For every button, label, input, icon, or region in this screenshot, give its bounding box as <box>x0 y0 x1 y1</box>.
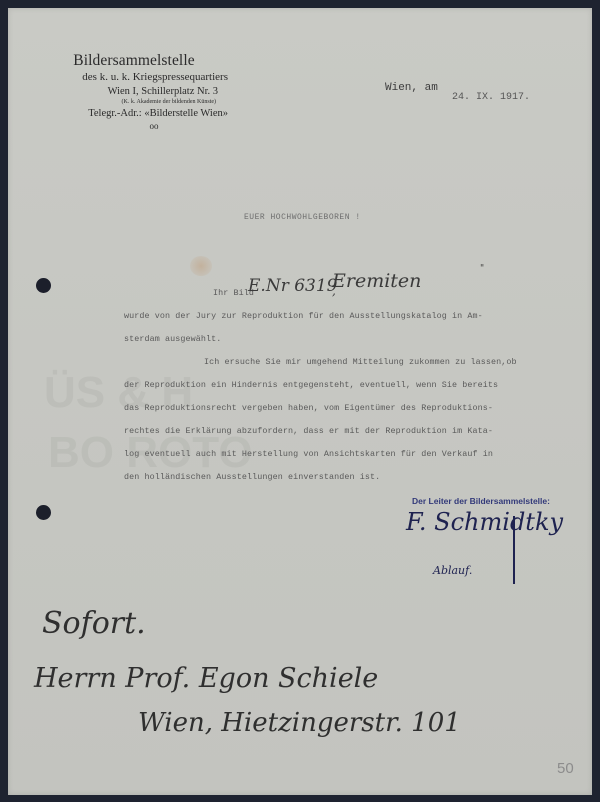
paper-stain <box>190 256 212 276</box>
closing-quote: " <box>480 264 484 274</box>
body-line: wurde von der Jury zur Reproduktion für … <box>124 311 564 321</box>
dateline-place: Wien, am <box>385 82 438 94</box>
handwritten-reference-number: E.Nr 6319 <box>248 276 337 296</box>
body-line: Ich ersuche Sie mir umgehend Mitteilung … <box>204 357 600 367</box>
letterhead-title: Bildersammelstelle <box>40 52 228 70</box>
letterhead-location-note: (K. k. Akademie der bildenden Künste) <box>40 98 228 106</box>
punch-hole-icon <box>36 505 51 520</box>
body-line: der Reproduktion ein Hindernis entgegens… <box>124 380 564 390</box>
letterhead-ornament: oo <box>40 122 228 130</box>
dateline-date: 24. IX. 1917. <box>452 92 530 103</box>
letterhead: Bildersammelstelle des k. u. k. Kriegspr… <box>40 52 228 130</box>
body-line: log eventuell auch mit Herstellung von A… <box>124 449 564 459</box>
address-recipient: Herrn Prof. Egon Schiele <box>34 663 378 694</box>
address-street: Wien, Hietzingerstr. 101 <box>138 708 461 738</box>
signatory-stamp: Der Leiter der Bildersammelstelle: <box>412 496 550 506</box>
body-line: den holländischen Ausstellungen einverst… <box>124 472 564 482</box>
signature-stroke <box>513 516 515 584</box>
letter-page: ÜS & H BO ROTO Bildersammelstelle des k.… <box>8 8 592 795</box>
letterhead-address: Wien I, Schillerplatz Nr. 3 <box>40 85 228 98</box>
letterhead-telegram: Telegr.-Adr.: «Bilderstelle Wien» <box>40 106 228 122</box>
signature: F. Schmidtky <box>406 508 563 536</box>
salutation: EUER HOCHWOHLGEBOREN ! <box>244 213 361 222</box>
handwritten-artwork-title: Eremiten <box>332 270 421 292</box>
archive-page-number: 50 <box>557 760 574 777</box>
letterhead-organization: des k. u. k. Kriegspressequartiers <box>40 70 228 85</box>
body-line: rechtes die Erklärung abzufordern, dass … <box>124 426 564 436</box>
signature-annotation: Ablauf. <box>433 564 472 577</box>
body-line: das Reproduktionsrecht vergeben haben, v… <box>124 403 564 413</box>
body-line: sterdam ausgewählt. <box>124 334 564 344</box>
address-urgency-note: Sofort. <box>42 606 146 641</box>
punch-hole-icon <box>36 278 51 293</box>
